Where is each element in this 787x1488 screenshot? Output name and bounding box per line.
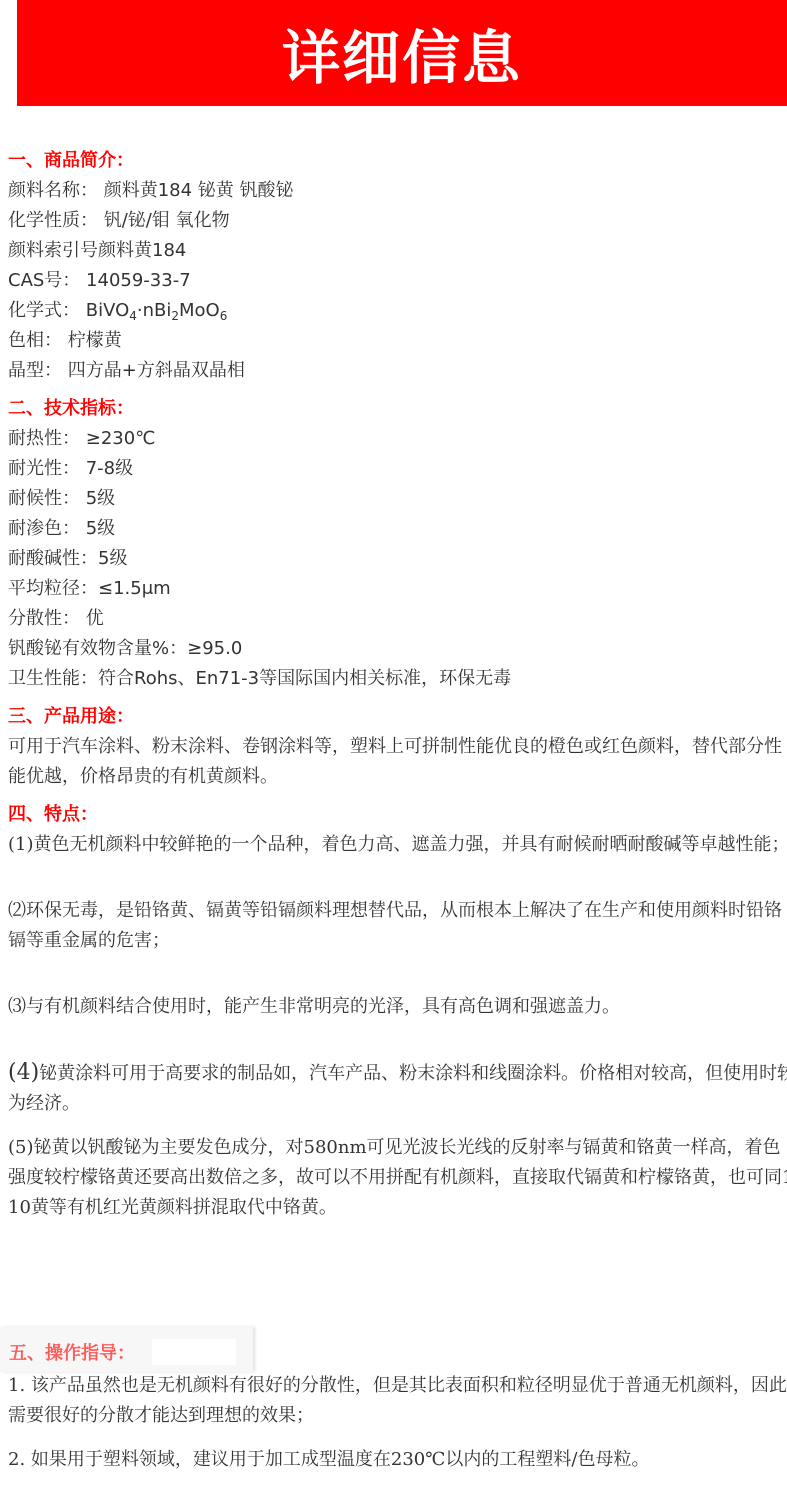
section-title-features: 四、特点： — [8, 800, 787, 830]
feature-point-5: (5)铋黄以钒酸铋为主要发色成分，对580nm可见光波长光线的反射率与镉黄和铬黄… — [8, 1133, 787, 1223]
chemical-formula: BiVO4·nBi2MoO6 — [86, 300, 228, 321]
details-content: 一、商品简介： 颜料名称： 颜料黄184 铋黄 钒酸铋 化学性质： 钒/铋/钼 … — [8, 146, 787, 1223]
header-banner: 详细信息 — [17, 0, 787, 106]
section-title-uses: 三、产品用途： — [8, 702, 787, 732]
spec-row-dispersion: 分散性： 优 — [8, 604, 787, 634]
spec-row-formula: 化学式： BiVO4·nBi2MoO6 — [8, 296, 787, 326]
spec-row-hygiene: 卫生性能：符合Rohs、En71-3等国际国内相关标准，环保无毒 — [8, 664, 787, 694]
spec-row-color-index: 颜料索引号颜料黄184 — [8, 236, 787, 266]
spec-row-bleed: 耐渗色： 5级 — [8, 514, 787, 544]
feature-point-3: ⑶与有机颜料结合使用时，能产生非常明亮的光泽，具有高色调和强遮盖力。 — [8, 992, 787, 1022]
spec-row-light: 耐光性： 7-8级 — [8, 454, 787, 484]
spec-row-chemical-nature: 化学性质： 钒/铋/钼 氧化物 — [8, 206, 787, 236]
feature-point-2: ⑵环保无毒，是铅铬黄、镉黄等铅镉颜料理想替代品，从而根本上解决了在生产和使用颜料… — [8, 896, 787, 956]
guide-point-1: 1. 该产品虽然也是无机颜料有很好的分散性，但是其比表面积和粒径明显优于普通无机… — [8, 1371, 787, 1431]
feature-point-4: (4)铋黄涂料可用于高要求的制品如，汽车产品、粉末涂料和线圈涂料。价格相对较高，… — [8, 1058, 787, 1119]
page-title: 详细信息 — [282, 11, 522, 95]
highlight-patch — [152, 1339, 236, 1365]
spec-row-pigment-name: 颜料名称： 颜料黄184 铋黄 钒酸铋 — [8, 176, 787, 206]
feature-point-1: (1)黄色无机颜料中较鲜艳的一个品种，着色力高、遮盖力强，并具有耐候耐晒耐酸碱等… — [8, 830, 787, 860]
section-title-specs: 二、技术指标： — [8, 394, 787, 424]
spec-row-weather: 耐候性： 5级 — [8, 484, 787, 514]
spec-row-hue: 色相： 柠檬黄 — [8, 326, 787, 356]
spec-row-crystal: 晶型： 四方晶+方斜晶双晶相 — [8, 356, 787, 386]
guide-list: 1. 该产品虽然也是无机颜料有很好的分散性，但是其比表面积和粒径明显优于普通无机… — [8, 1371, 787, 1475]
spec-row-cas: CAS号： 14059-33-7 — [8, 266, 787, 296]
spec-row-acid-alkali: 耐酸碱性：5级 — [8, 544, 787, 574]
spec-row-heat: 耐热性： ≥230℃ — [8, 424, 787, 454]
section-title-guide: 五、操作指导： — [9, 1339, 135, 1369]
uses-paragraph: 可用于汽车涂料、粉末涂料、卷钢涂料等，塑料上可拼制性能优良的橙色或红色颜料，替代… — [8, 732, 787, 792]
section-title-intro: 一、商品简介： — [8, 146, 787, 176]
guide-point-2: 2. 如果用于塑料领域，建议用于加工成型温度在230℃以内的工程塑料/色母粒。 — [8, 1445, 787, 1475]
spec-row-content: 钒酸铋有效物含量%：≥95.0 — [8, 634, 787, 664]
spec-row-particle-size: 平均粒径：≤1.5μm — [8, 574, 787, 604]
